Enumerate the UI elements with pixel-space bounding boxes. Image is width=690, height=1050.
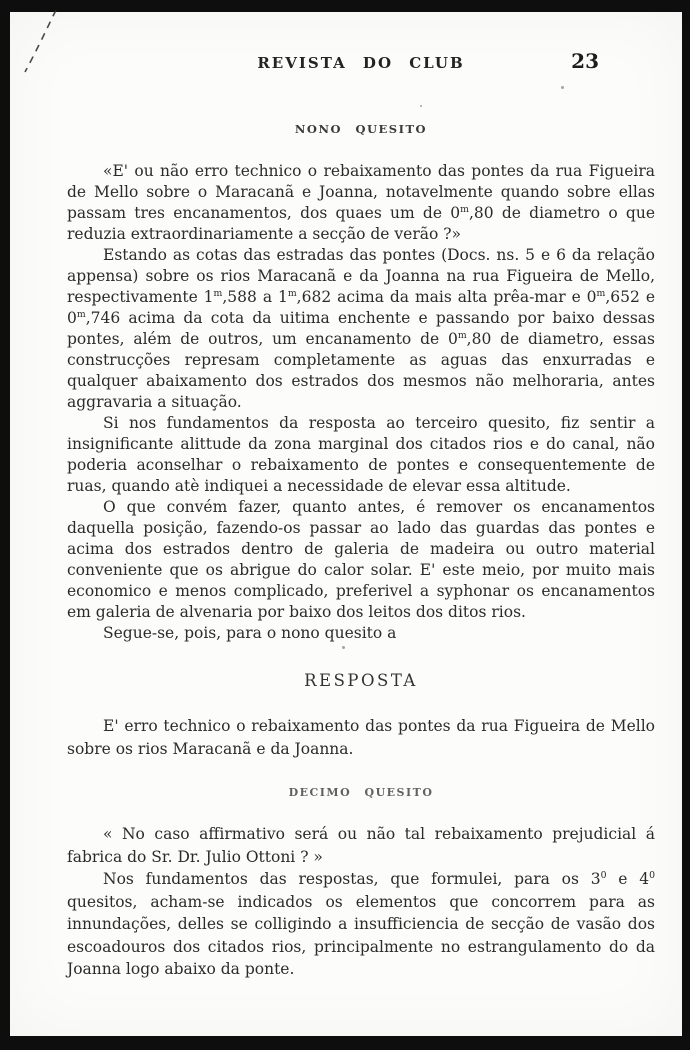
heading-decimo-quesito: DECIMO QUESITO: [67, 786, 655, 799]
paragraph: Estando as cotas das estradas das pontes…: [67, 245, 655, 413]
paragraph-quote-nono: «E' ou não erro technico o rebaixamento …: [67, 161, 655, 245]
heading-nono-quesito: NONO QUESITO: [67, 122, 655, 136]
paragraph: Nos fundamentos das respostas, que formu…: [67, 868, 655, 981]
section-resposta: RESPOSTA E' erro technico o rebaixamento…: [67, 671, 655, 760]
page-content: NONO QUESITO «E' ou não erro technico o …: [67, 12, 655, 981]
section-decimo-quesito: DECIMO QUESITO « No caso affirmativo ser…: [67, 786, 655, 981]
heading-resposta: RESPOSTA: [67, 671, 655, 690]
pen-mark-artifact: [12, 8, 72, 88]
section-nono-quesito: NONO QUESITO «E' ou não erro technico o …: [67, 122, 655, 644]
paragraph: Segue-se, pois, para o nono quesito a: [67, 623, 655, 644]
scanned-document-page: REVISTA DO CLUB 23 NONO QUESITO «E' ou n…: [10, 12, 682, 1036]
paragraph-quote-decimo: « No caso affirmativo será ou não tal re…: [67, 823, 655, 868]
paragraph: O que convém fazer, quanto antes, é remo…: [67, 497, 655, 623]
paragraph: E' erro technico o rebaixamento das pont…: [67, 715, 655, 760]
paragraph: Si nos fundamentos da resposta ao tercei…: [67, 413, 655, 497]
